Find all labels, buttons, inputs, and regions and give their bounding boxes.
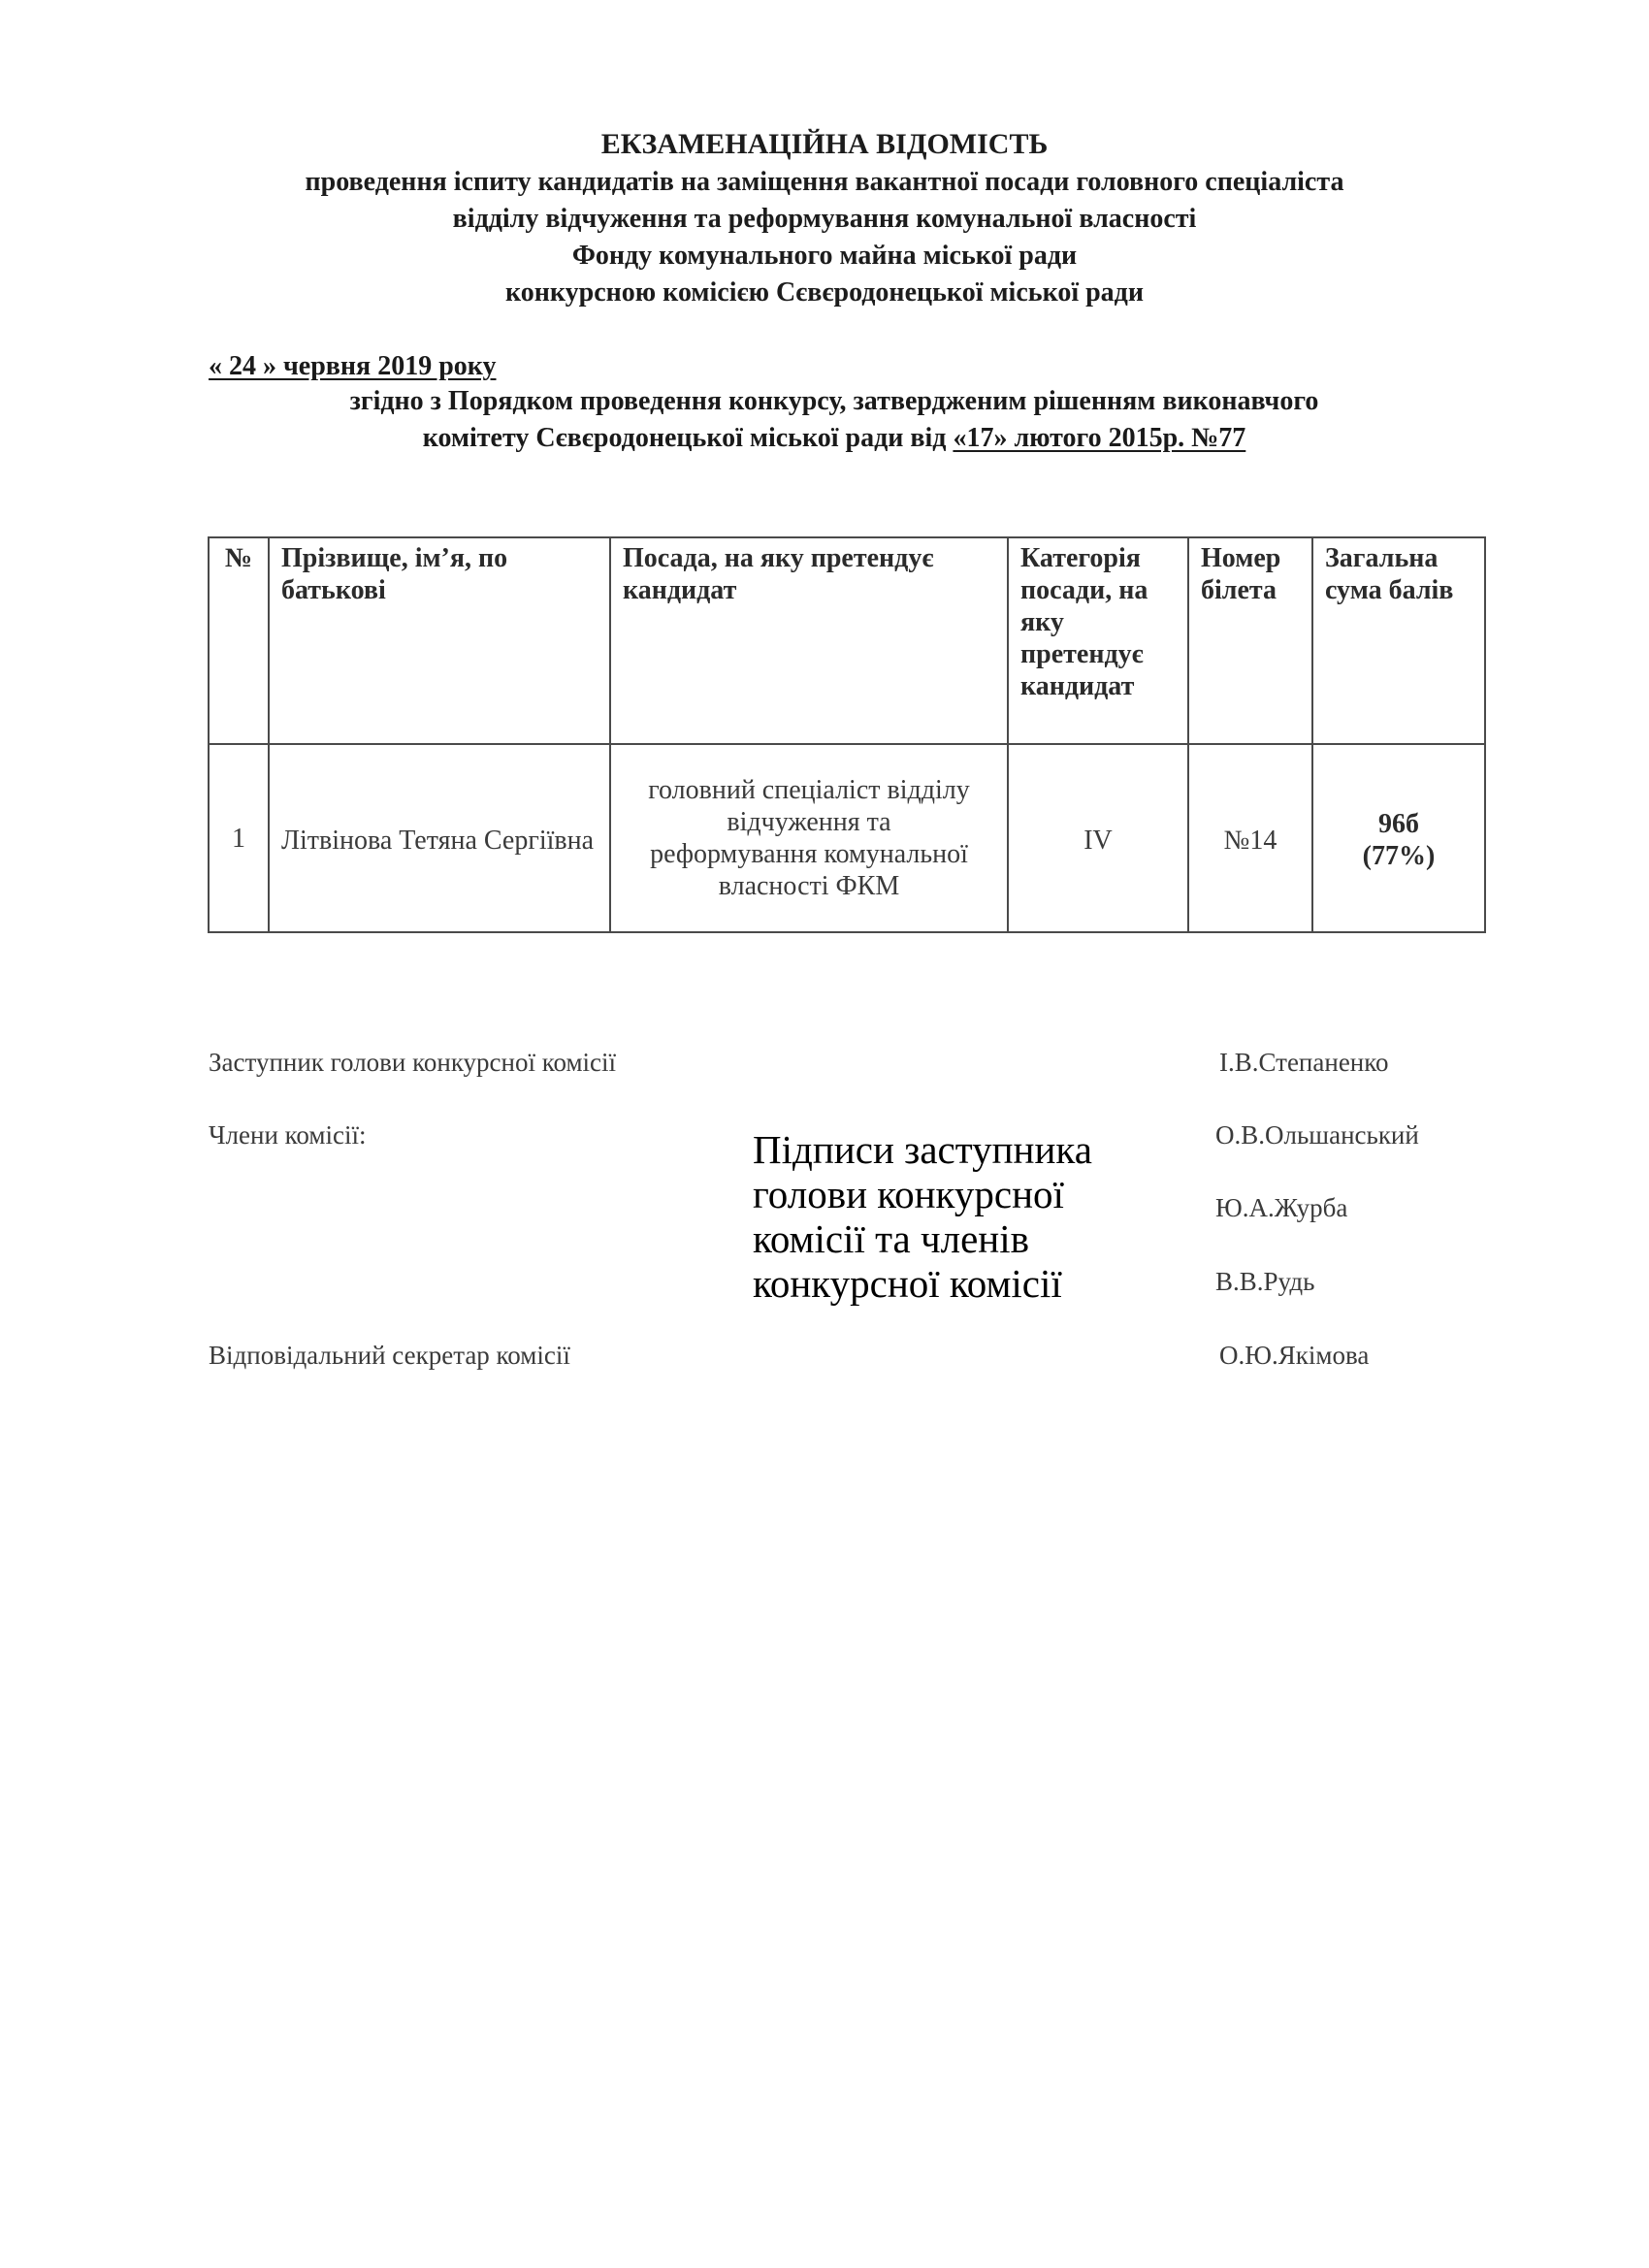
secretary-label: Відповідальний секретар комісії: [209, 1341, 570, 1371]
exam-results-table: № Прізвище, ім’я, по батькові Посада, на…: [208, 536, 1486, 933]
signatures-redaction-note: Підписи заступника голови конкурсної ком…: [753, 1127, 1160, 1306]
cell-number: 1: [209, 744, 269, 932]
deputy-chair-label: Заступник голови конкурсної комісії: [209, 1048, 616, 1078]
secretary-name: О.Ю.Якімова: [1219, 1341, 1369, 1371]
basis-line-2: комітету Сєвєродонецької міської ради ві…: [10, 423, 1649, 454]
document-subtitle-line: Фонду комунального майна міської ради: [0, 241, 1649, 272]
cell-ticket: №14: [1188, 744, 1312, 932]
redaction-note-line: голови конкурсної: [753, 1172, 1160, 1216]
score-percent: (77%): [1325, 840, 1472, 872]
member-name: В.В.Рудь: [1215, 1267, 1314, 1297]
member-name: Ю.А.Журба: [1215, 1193, 1347, 1223]
cell-position: головний спеціаліст відділу відчуження т…: [610, 744, 1008, 932]
members-label: Члени комісії:: [209, 1120, 366, 1150]
header-number: №: [209, 537, 269, 744]
table-row: 1 Літвінова Тетяна Сергіївна головний сп…: [209, 744, 1485, 932]
redaction-note-line: комісії та членів: [753, 1216, 1160, 1261]
member-name: О.В.Ольшанський: [1215, 1120, 1419, 1150]
redaction-note-line: конкурсної комісії: [753, 1261, 1160, 1306]
cell-full-name: Літвінова Тетяна Сергіївна: [269, 744, 610, 932]
header-category: Категорія посади, на яку претендує канди…: [1008, 537, 1188, 744]
document-subtitle-line: відділу відчуження та реформування комун…: [0, 204, 1649, 235]
header-ticket-number: Номер білета: [1188, 537, 1312, 744]
header-full-name: Прізвище, ім’я, по батькові: [269, 537, 610, 744]
score-points: 96б: [1325, 808, 1472, 840]
document-subtitle-line: проведення іспиту кандидатів на заміщенн…: [0, 167, 1649, 198]
document-date: « 24 » червня 2019 року: [209, 351, 497, 382]
document-subtitle-line: конкурсною комісією Сєвєродонецької місь…: [0, 277, 1649, 308]
basis-reference: «17» лютого 2015р. №77: [953, 423, 1245, 453]
header-total-score: Загальна сума балів: [1312, 537, 1485, 744]
header-position: Посада, на яку претендує кандидат: [610, 537, 1008, 744]
redaction-note-line: Підписи заступника: [753, 1127, 1160, 1172]
table-header-row: № Прізвище, ім’я, по батькові Посада, на…: [209, 537, 1485, 744]
cell-total-score: 96б (77%): [1312, 744, 1485, 932]
cell-category: IV: [1008, 744, 1188, 932]
basis-line-2-prefix: комітету Сєвєродонецької міської ради ві…: [423, 423, 954, 453]
document-title: ЕКЗАМЕНАЦІЙНА ВІДОМІСТЬ: [0, 128, 1649, 161]
deputy-chair-name: І.В.Степаненко: [1219, 1048, 1389, 1078]
basis-line-1: згідно з Порядком проведення конкурсу, з…: [10, 386, 1649, 417]
